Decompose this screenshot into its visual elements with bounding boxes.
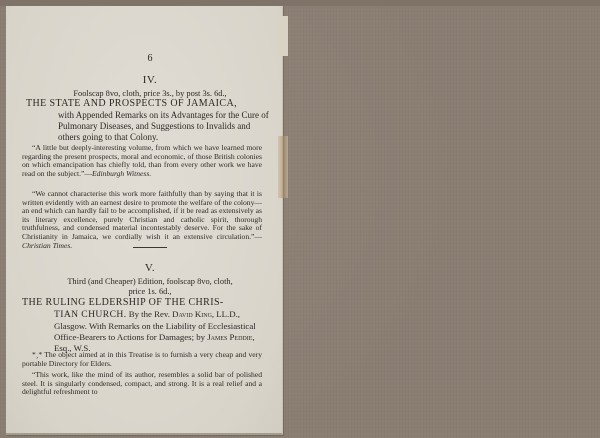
review-source: Christian Times. — [22, 241, 72, 250]
coauthor-name: James Peddie — [207, 332, 252, 342]
section-v-title-cont: TIAN CHURCH. — [54, 309, 127, 320]
section-v-note: *¸* The object aimed at in this Treatise… — [22, 351, 262, 368]
section-v-review: “This work, like the mind of its author,… — [22, 371, 262, 397]
author-name: David King — [172, 309, 212, 319]
review-source: Edinburgh Witness. — [92, 169, 151, 178]
review-text: “We cannot characterise this work more f… — [22, 189, 262, 241]
section-iv-subtitle: with Appended Remarks on its Advantages … — [42, 110, 272, 143]
review-quote: “A little but deeply-interesting volume,… — [22, 144, 262, 178]
page-torn-edge — [276, 16, 288, 56]
section-v-title: THE RULING ELDERSHIP OF THE CHRIS- — [22, 297, 262, 309]
review-quote: “We cannot characterise this work more f… — [22, 190, 262, 250]
page-stain — [278, 136, 288, 198]
section-iv-title: THE STATE AND PROSPECTS OF JAMAICA, — [26, 98, 258, 110]
section-v-price-line-2: price 1s. 6d., — [44, 286, 256, 297]
subtitle-text: By the Rev. — [127, 309, 173, 319]
section-numeral-v: V. — [44, 262, 256, 274]
book-page: 6 IV. Foolscap 8vo, cloth, price 3s., by… — [6, 6, 283, 435]
section-v-subtitle: TIAN CHURCH. By the Rev. David King, LL.… — [38, 309, 272, 354]
page-number: 6 — [44, 53, 256, 64]
section-numeral-iv: IV. — [44, 74, 256, 86]
section-divider — [44, 247, 256, 248]
